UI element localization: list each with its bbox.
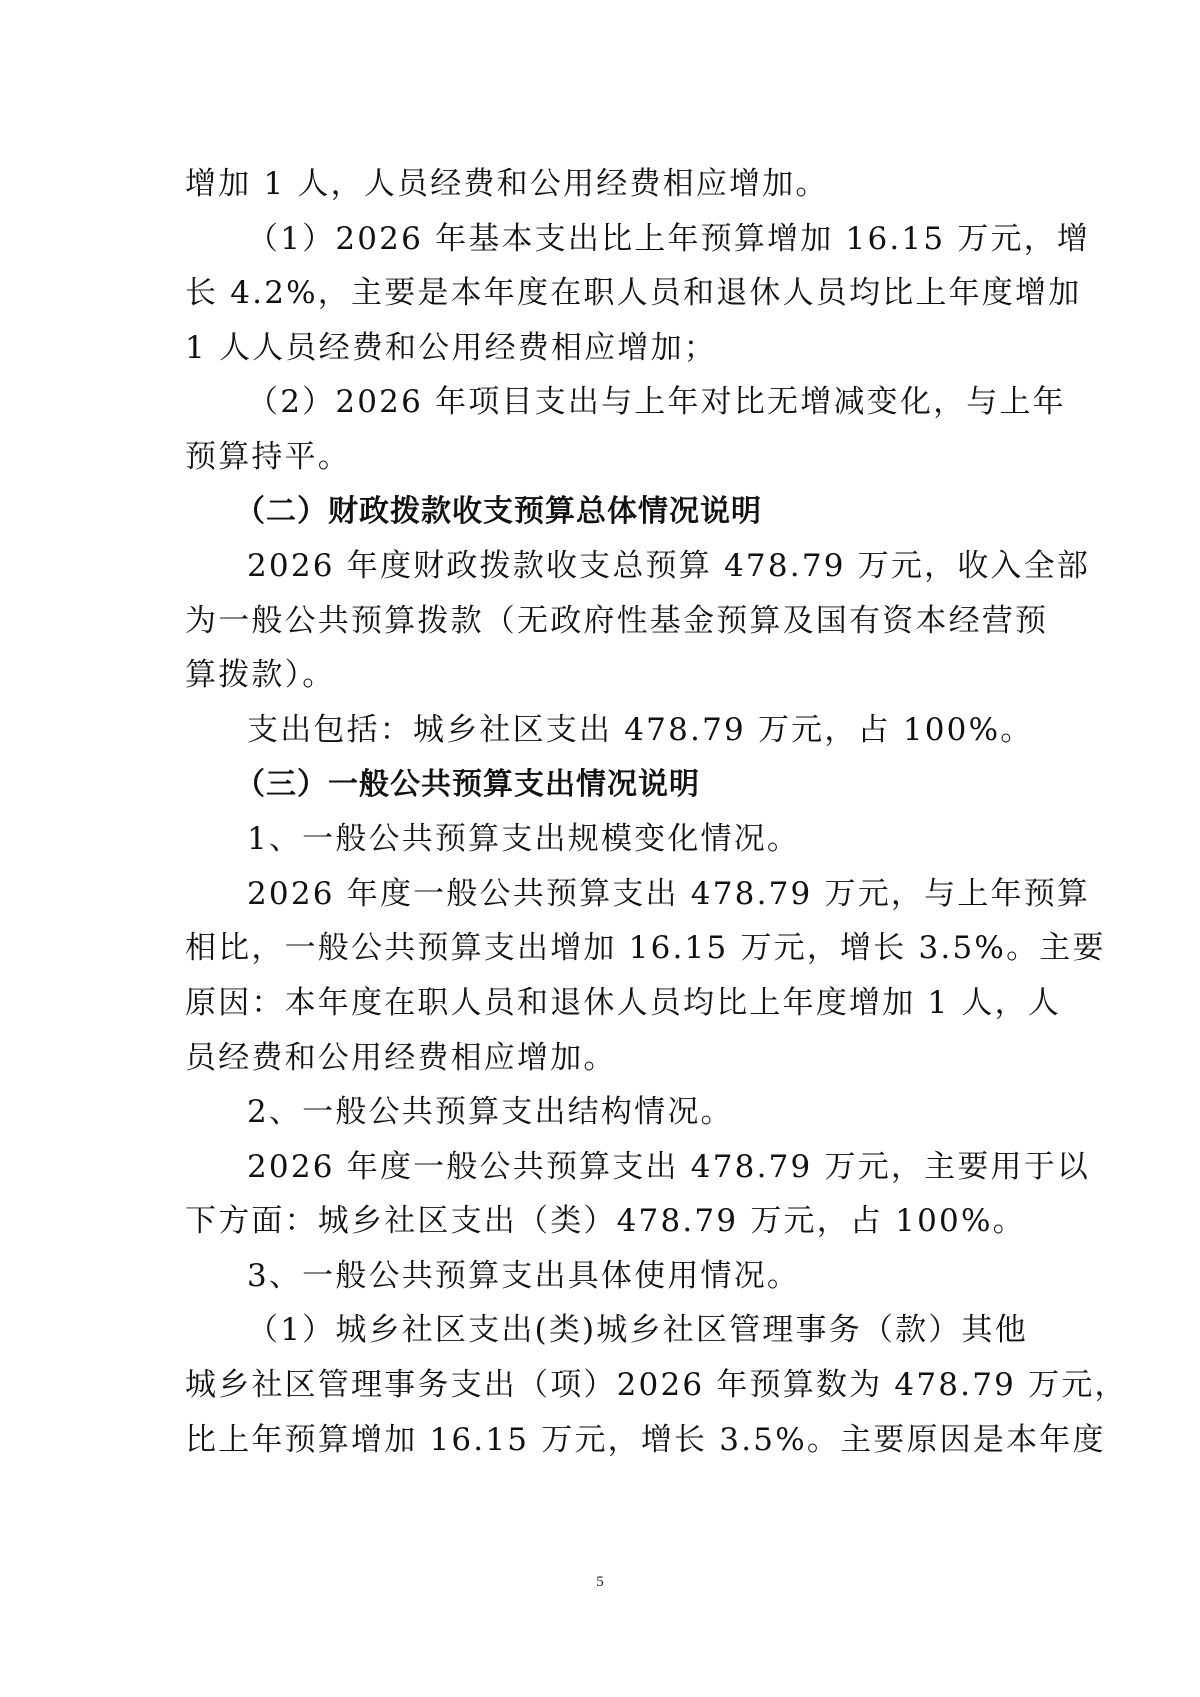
- paragraph-line: 相比，一般公共预算支出增加 16.15 万元，增长 3.5%。主要: [185, 921, 1017, 976]
- paragraph-line: 预算持平。: [185, 430, 1017, 485]
- page-number: 5: [0, 1574, 1200, 1591]
- paragraph-line: 城乡社区管理事务支出（项）2026 年预算数为 478.79 万元，: [185, 1358, 1017, 1413]
- paragraph-line: 为一般公共预算拨款（无政府性基金预算及国有资本经营预: [185, 594, 1017, 649]
- paragraph-line: 2026 年度财政拨款收支总预算 478.79 万元，收入全部: [185, 539, 1017, 594]
- paragraph-line: 长 4.2%，主要是本年度在职人员和退休人员均比上年度增加: [185, 266, 1017, 321]
- subsection-title: 2、一般公共预算支出结构情况。: [185, 1085, 1017, 1140]
- paragraph-line: 算拨款）。: [185, 648, 1017, 703]
- subsection-title: 1、一般公共预算支出规模变化情况。: [185, 812, 1017, 867]
- paragraph-line: 比上年预算增加 16.15 万元，增长 3.5%。主要原因是本年度: [185, 1413, 1017, 1468]
- paragraph-line: 2026 年度一般公共预算支出 478.79 万元，主要用于以: [185, 1140, 1017, 1195]
- subsection-title: 3、一般公共预算支出具体使用情况。: [185, 1249, 1017, 1304]
- paragraph-line: 员经费和公用经费相应增加。: [185, 1031, 1017, 1086]
- section-heading: （三）一般公共预算支出情况说明: [185, 758, 1017, 813]
- paragraph-line: 支出包括：城乡社区支出 478.79 万元，占 100%。: [185, 703, 1017, 758]
- paragraph-line: 1 人人员经费和公用经费相应增加；: [185, 321, 1017, 376]
- paragraph-line: （1）2026 年基本支出比上年预算增加 16.15 万元，增: [185, 212, 1017, 267]
- document-page: 增加 1 人，人员经费和公用经费相应增加。 （1）2026 年基本支出比上年预算…: [0, 0, 1200, 1697]
- paragraph-line: 原因：本年度在职人员和退休人员均比上年度增加 1 人，人: [185, 976, 1017, 1031]
- paragraph-line: 下方面：城乡社区支出（类）478.79 万元，占 100%。: [185, 1194, 1017, 1249]
- paragraph-line: （1）城乡社区支出(类)城乡社区管理事务（款）其他: [185, 1303, 1017, 1358]
- paragraph-line: 2026 年度一般公共预算支出 478.79 万元，与上年预算: [185, 867, 1017, 922]
- section-heading: （二）财政拨款收支预算总体情况说明: [185, 485, 1017, 540]
- paragraph-line: 增加 1 人，人员经费和公用经费相应增加。: [185, 157, 1017, 212]
- body-text: 增加 1 人，人员经费和公用经费相应增加。 （1）2026 年基本支出比上年预算…: [185, 157, 1017, 1467]
- paragraph-line: （2）2026 年项目支出与上年对比无增减变化，与上年: [185, 375, 1017, 430]
